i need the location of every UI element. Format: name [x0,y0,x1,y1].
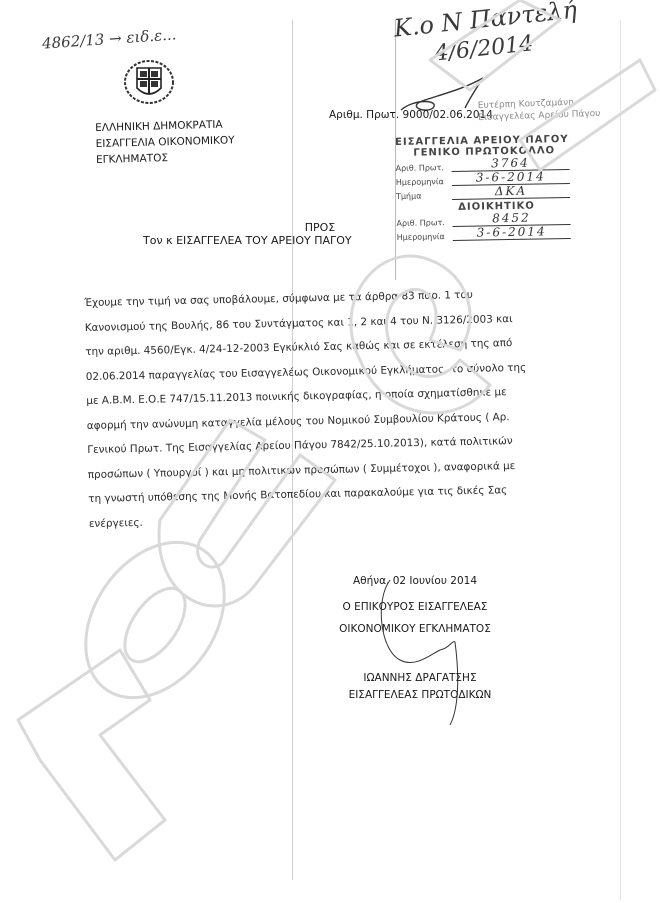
signatory-name-block: ΙΩΑΝΝΗΣ ΔΡΑΓΑΤΣΗΣ ΕΙΣΑΓΓΕΛΕΑΣ ΠΡΩΤΟΔΙΚΩΝ [330,670,510,704]
signature-scribble-icon [370,560,480,730]
stamp-value: 3-6-2014 [453,224,571,241]
signatory-role: ΕΙΣΑΓΓΕΛΕΑΣ ΠΡΩΤΟΔΙΚΩΝ [330,687,510,704]
stamp-label: Τμήμα [396,191,452,201]
scan-fold-line [620,20,621,900]
handwritten-assignment-note: Κ.ο Ν Παντελή 4/6/2014 [392,0,581,73]
recipient-name: Τον κ ΕΙΣΑΓΓΕΛΕΑ ΤΟΥ ΑΡΕΙΟΥ ΠΑΓΟΥ [143,234,395,247]
protocol-number: Αριθμ. Πρωτ. 9000/02.06.2014 [329,109,493,121]
issuer-header: ΕΛΛΗΝΙΚΗ ΔΗΜΟΚΡΑΤΙΑ ΕΙΣΑΓΓΕΛΙΑ ΟΙΚΟΝΟΜΙΚ… [95,116,235,168]
stamp-value: ΔΚΑ [452,183,570,200]
stamp-label: Ημερομηνία [396,177,452,187]
letter-body: Έχουμε την τιμή να σας υποβάλουμε, σύμφω… [84,281,579,536]
recipient-block: ΠΡΟΣ Τον κ ΕΙΣΑΓΓΕΛΕΑ ΤΟΥ ΑΡΕΙΟΥ ΠΑΓΟΥ [195,221,395,247]
stamp-signatory-note: Ευτέρπη Κουτζαμάνη Εισαγγελέας Αρείου Πά… [478,96,601,124]
stamp-label: Αριθ. Πρωτ. [395,163,451,173]
signatory-name: ΙΩΑΝΝΗΣ ΔΡΑΓΑΤΣΗΣ [330,670,510,687]
stamp-label: Ημερομηνία [397,232,453,242]
issuer-line: ΕΓΚΛΗΜΑΤΟΣ [96,148,235,168]
handwritten-reference-note: 4862/13 → ειδ.ε... [42,25,177,52]
stamp-label: Αριθ. Πρωτ. [396,218,452,228]
registry-stamp: ΕΙΣΑΓΓΕΛΙΑ ΑΡΕΙΟΥ ΠΑΓΟΥ ΓΕΝΙΚΟ ΠΡΩΤΟΚΟΛΛ… [395,134,571,242]
recipient-pros: ΠΡΟΣ [245,221,395,234]
greek-coat-of-arms-icon [123,58,175,106]
